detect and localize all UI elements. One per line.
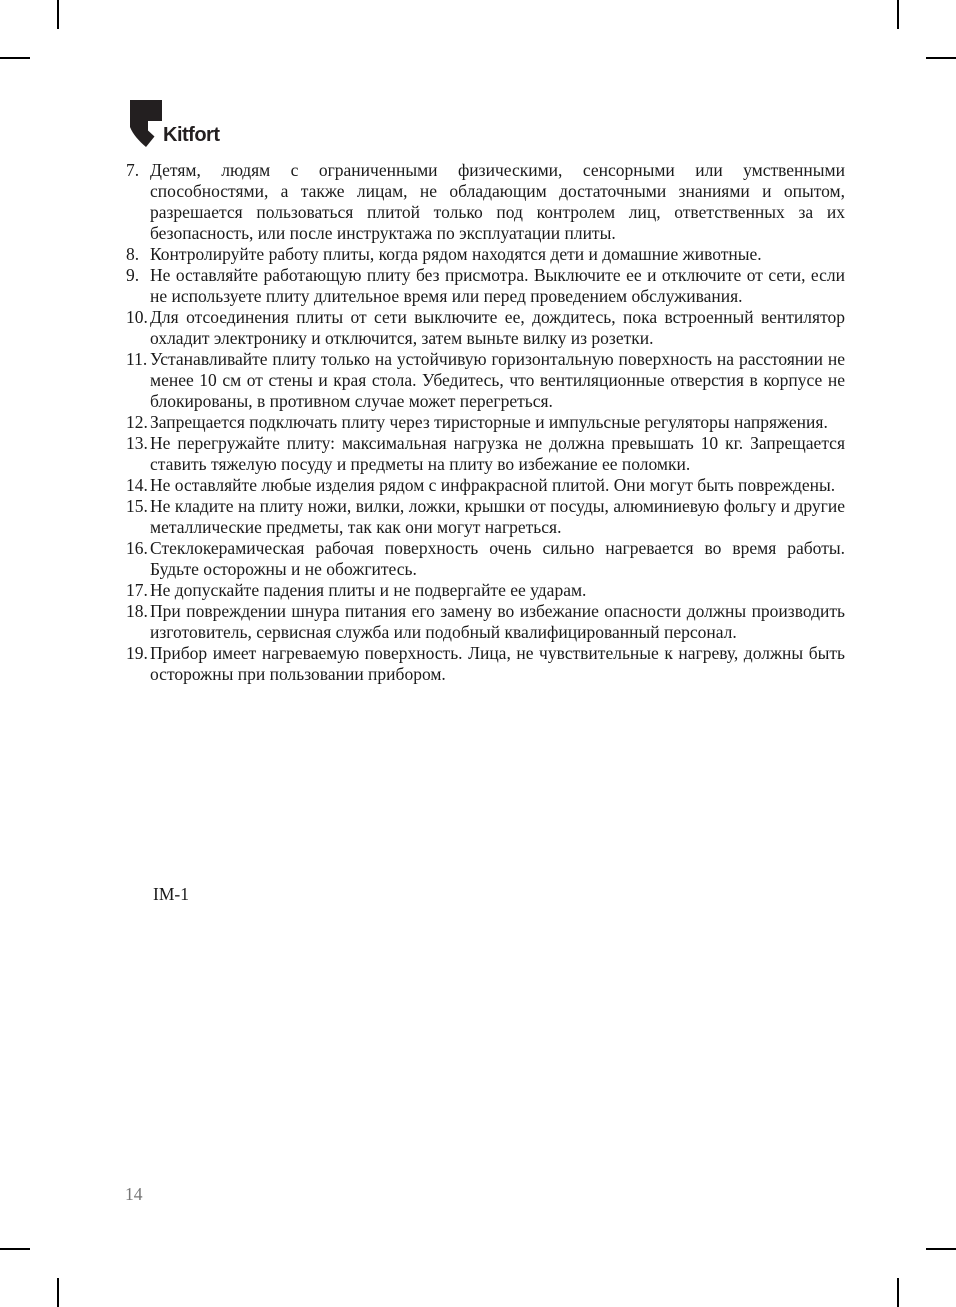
page-number: 14 (125, 1184, 143, 1205)
crop-mark-top-left-vertical (57, 0, 59, 29)
list-item-number: 10. (126, 307, 148, 328)
safety-item-10: 10. Для отсоединения плиты от сети выклю… (126, 307, 845, 349)
list-item-text: Прибор имеет нагреваемую поверхность. Ли… (150, 643, 845, 684)
safety-item-8: 8. Контролируйте работу плиты, когда ряд… (126, 244, 845, 265)
crop-mark-bottom-left-vertical (57, 1278, 59, 1307)
list-item-number: 16. (126, 538, 148, 559)
list-item-text: Не допускайте падения плиты и не подверг… (150, 580, 586, 600)
crop-mark-bottom-right-horizontal (926, 1248, 956, 1250)
list-item-number: 12. (126, 412, 148, 433)
list-item-number: 9. (126, 265, 139, 286)
list-item-text: Устанавливайте плиту только на устойчиву… (150, 349, 845, 411)
crop-mark-bottom-left-horizontal (0, 1248, 30, 1250)
safety-item-9: 9. Не оставляйте работающую плиту без пр… (126, 265, 845, 307)
list-item-text: Не кладите на плиту ножи, вилки, ложки, … (150, 496, 845, 537)
list-item-number: 19. (126, 643, 148, 664)
crop-mark-top-left-horizontal (0, 57, 30, 59)
list-item-number: 14. (126, 475, 148, 496)
manual-page: Kitfort 7. Детям, людям с ограниченными … (0, 0, 956, 1307)
safety-item-7: 7. Детям, людям с ограниченными физическ… (126, 160, 845, 244)
list-item-number: 11. (126, 349, 147, 370)
list-item-text: Контролируйте работу плиты, когда рядом … (150, 244, 762, 264)
list-item-text: Не оставляйте любые изделия рядом с инфр… (150, 475, 835, 495)
list-item-number: 17. (126, 580, 148, 601)
safety-item-18: 18. При повреждении шнура питания его за… (126, 601, 845, 643)
crop-mark-top-right-vertical (897, 0, 899, 29)
safety-item-13: 13. Не перегружайте плиту: максимальная … (126, 433, 845, 475)
list-item-text: Не перегружайте плиту: максимальная нагр… (150, 433, 845, 474)
list-item-number: 8. (126, 244, 139, 265)
safety-item-19: 19. Прибор имеет нагреваемую поверхность… (126, 643, 845, 685)
safety-item-15: 15. Не кладите на плиту ножи, вилки, лож… (126, 496, 845, 538)
brand-wordmark: Kitfort (163, 124, 219, 147)
list-item-text: Стеклокерамическая рабочая поверхность о… (150, 538, 845, 579)
list-item-number: 15. (126, 496, 148, 517)
list-item-text: Запрещается подключать плиту через тирис… (150, 412, 828, 432)
crop-mark-top-right-horizontal (926, 57, 956, 59)
list-item-text: Не оставляйте работающую плиту без присм… (150, 265, 845, 306)
safety-item-11: 11. Устанавливайте плиту только на устой… (126, 349, 845, 412)
list-item-text: При повреждении шнура питания его замену… (150, 601, 845, 642)
crop-mark-bottom-right-vertical (897, 1278, 899, 1307)
safety-item-16: 16. Стеклокерамическая рабочая поверхнос… (126, 538, 845, 580)
list-item-number: 7. (126, 160, 139, 181)
safety-item-12: 12. Запрещается подключать плиту через т… (126, 412, 845, 433)
kitfort-logo: Kitfort (130, 100, 390, 150)
model-label: IM-1 (153, 884, 189, 905)
list-item-text: Для отсоединения плиты от сети выключите… (150, 307, 845, 348)
list-item-number: 18. (126, 601, 148, 622)
safety-item-17: 17. Не допускайте падения плиты и не под… (126, 580, 845, 601)
safety-instructions-list: 7. Детям, людям с ограниченными физическ… (126, 160, 845, 685)
safety-item-14: 14. Не оставляйте любые изделия рядом с … (126, 475, 845, 496)
list-item-text: Детям, людям с ограниченными физическими… (150, 160, 845, 243)
list-item-number: 13. (126, 433, 148, 454)
